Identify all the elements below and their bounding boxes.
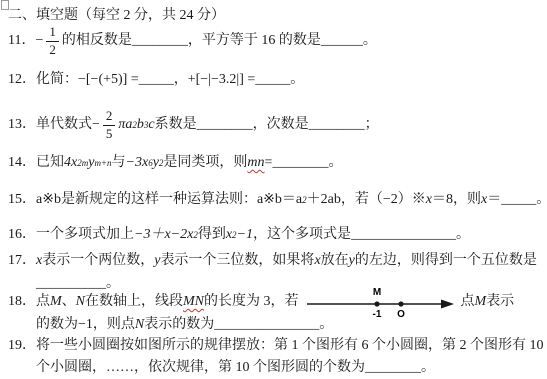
q18-text-8: 表示的数为 <box>144 315 214 335</box>
q14-variable-mn: mn <box>247 153 264 173</box>
q17-number: 17． <box>8 251 36 271</box>
q13-blank-1: ________ <box>197 115 253 135</box>
q16-text-2: 得到 <box>198 225 226 245</box>
q13-text-4: ； <box>365 115 379 135</box>
q14-text-1: 已知 <box>36 153 64 173</box>
q19-text-2: 个小圆圈，……，依次规律，第 10 个图形圆的个数为 <box>36 358 365 378</box>
q18-text-6: 表示 <box>486 292 514 312</box>
q15-equals-sign: ＝ <box>487 190 501 210</box>
question-12: 12． 化简： −[−(+5)] = _____ ， +[−|−3.2|] = … <box>8 70 545 90</box>
q16-number: 16． <box>8 225 36 245</box>
q19-blank-1: ________ <box>365 358 421 378</box>
q11-minus-sign: − <box>35 31 43 51</box>
q14-term-4: y <box>153 153 159 173</box>
q18-number: 18． <box>8 292 36 312</box>
question-18-line-2: 的数为−1，则点 N 表示的数为 _______________ 。 <box>36 315 545 335</box>
q17-text-1: 表示一个两位数， <box>42 251 154 271</box>
q15-text-1: 是新规定的这样一种运算法则： <box>61 190 257 210</box>
question-19-line-2: 个小圆圈，……，依次规律，第 10 个图形圆的个数为 ________ 。 <box>36 358 545 378</box>
arrow-right-icon <box>441 300 454 309</box>
q15-text-2: ，若（−2）※ <box>341 190 426 210</box>
question-13: 13． 单代数式 − 2 5 πa2b3c 系数是 ________ ，次数是 … <box>8 106 545 144</box>
q13-number: 13． <box>8 115 36 135</box>
exam-paper-page: 二、填空题（每空 2 分，共 24 分） 11． − 1 2 的相反数是 ___… <box>0 0 547 379</box>
q11-text-2: ，平方等于 16 的数是 <box>188 31 321 51</box>
question-14: 14． 已知 4x2mym+n 与 −3x6y2 是同类项，则 mn = ___… <box>8 153 545 173</box>
q18-text-7: 的数为−1，则点 <box>36 315 135 335</box>
point-m-dot <box>374 301 379 306</box>
q19-text-1: 将一些小圆圈按如图所示的规律摆放：第 1 个图形有 6 个小圆圈，第 2 个图形… <box>36 336 544 356</box>
q14-term-1: 4x <box>64 153 77 173</box>
q11-blank-1: ________ <box>132 31 188 51</box>
q16-blank-1: __________ <box>351 225 421 245</box>
q16-text-3: ，这个多项式是 <box>253 225 351 245</box>
q15-operation-symbol: a※b <box>36 190 61 210</box>
q13-monomial-1: πa <box>118 115 132 135</box>
q18-point-n-label: N <box>76 292 85 312</box>
q19-number: 19． <box>8 336 36 356</box>
q16-polynomial-3: −1 <box>237 225 253 245</box>
q12-text-2: ， <box>174 70 188 90</box>
question-17-line-1: 17． x 表示一个两位数， y 表示一个三位数，如果将 x 放在 y 的左边，… <box>8 251 545 271</box>
q18-text-3: 在数轴上，线段 <box>85 292 183 312</box>
q14-term-3: −3x <box>126 153 149 173</box>
q18-blank-1: _______________ <box>214 315 319 335</box>
q16-text-1: 一个多项式加上 <box>36 225 134 245</box>
number-line-point-m-label: M <box>372 287 380 298</box>
q17-text-3: 放在 <box>321 251 349 271</box>
q12-blank-1: _____ <box>139 70 174 90</box>
q12-blank-2: _____ <box>255 70 290 90</box>
q15-blank-1: _____ <box>501 190 536 210</box>
question-15: 15． a※b 是新规定的这样一种运算法则： a※b＝a2＋2ab ，若（−2）… <box>8 190 545 210</box>
q18-text-5: 点 <box>461 292 475 312</box>
q17-text-4: 的左边，则得到一个五位数是 <box>355 251 537 271</box>
q13-fraction: 2 5 <box>103 109 116 141</box>
q19-text-3: 。 <box>421 358 435 378</box>
q14-blank-1: ________ <box>272 153 328 173</box>
q16-blank-2: _____ <box>421 225 456 245</box>
q18-point-n-label-2: N <box>135 315 144 335</box>
q13-fraction-denominator: 5 <box>103 126 116 141</box>
q12-text-3: 。 <box>290 70 304 90</box>
origin-dot <box>398 301 403 306</box>
q15-rule-expression: a※b＝a <box>257 190 302 210</box>
q18-text-1: 点 <box>36 292 50 312</box>
q18-segment-mn-label: MN <box>183 292 204 312</box>
q12-number: 12． <box>8 70 36 90</box>
q13-blank-2: ________ <box>309 115 365 135</box>
q18-text-9: 。 <box>319 315 333 335</box>
q14-text-4: 。 <box>328 153 342 173</box>
q11-text-1: 的相反数是 <box>62 31 132 51</box>
q13-text-3: ，次数是 <box>253 115 309 135</box>
question-11: 11． − 1 2 的相反数是 ________ ，平方等于 16 的数是 __… <box>8 24 545 58</box>
q18-text-2: 、 <box>62 292 76 312</box>
q11-fraction-numerator: 1 <box>46 25 59 41</box>
question-19-line-1: 19． 将一些小圆圈按如图所示的规律摆放：第 1 个图形有 6 个小圆圈，第 2… <box>8 336 545 356</box>
q13-monomial-2: b <box>137 115 144 135</box>
q11-blank-2: ______ <box>321 31 363 51</box>
q11-text-3: 。 <box>363 31 377 51</box>
q12-expression-2: +[−|−3.2|] = <box>188 70 256 90</box>
q15-text-3: ，则 <box>453 190 481 210</box>
q14-text-2: 与 <box>112 153 126 173</box>
q18-point-m-label-2: M <box>475 292 487 312</box>
q13-text-2: 系数是 <box>155 115 197 135</box>
q11-fraction-denominator: 2 <box>46 42 59 57</box>
q14-number: 14． <box>8 153 36 173</box>
q17-text-2: 表示一个三位数，如果将 <box>160 251 314 271</box>
q15-equals-8: ＝8 <box>432 190 453 210</box>
section-header: 二、填空题（每空 2 分，共 24 分） <box>8 6 545 26</box>
q16-polynomial-1: −3＋x−2x <box>134 225 193 245</box>
section-title: 二、填空题（每空 2 分，共 24 分） <box>8 6 225 26</box>
q11-fraction: 1 2 <box>46 25 59 57</box>
q13-text-1: 单代数式 <box>36 115 92 135</box>
q15-rule-expression-2: ＋2ab <box>307 190 341 210</box>
q12-text-1: 化简： <box>36 70 78 90</box>
q12-expression-1: −[−(+5)] = <box>78 70 139 90</box>
q18-text-4: 的长度为 3，若 <box>204 292 299 312</box>
q15-text-4: 。 <box>536 190 547 210</box>
q13-fraction-numerator: 2 <box>103 109 116 125</box>
q16-text-4: 。 <box>456 225 470 245</box>
q14-text-3: 是同类项，则 <box>163 153 247 173</box>
question-16: 16． 一个多项式加上 −3＋x−2x2 得到 x2−1 ，这个多项式是 ___… <box>8 225 545 245</box>
q15-number: 15． <box>8 190 36 210</box>
q13-minus-sign: − <box>92 115 100 135</box>
q11-number: 11． <box>8 31 35 51</box>
q18-point-m-label: M <box>50 292 62 312</box>
